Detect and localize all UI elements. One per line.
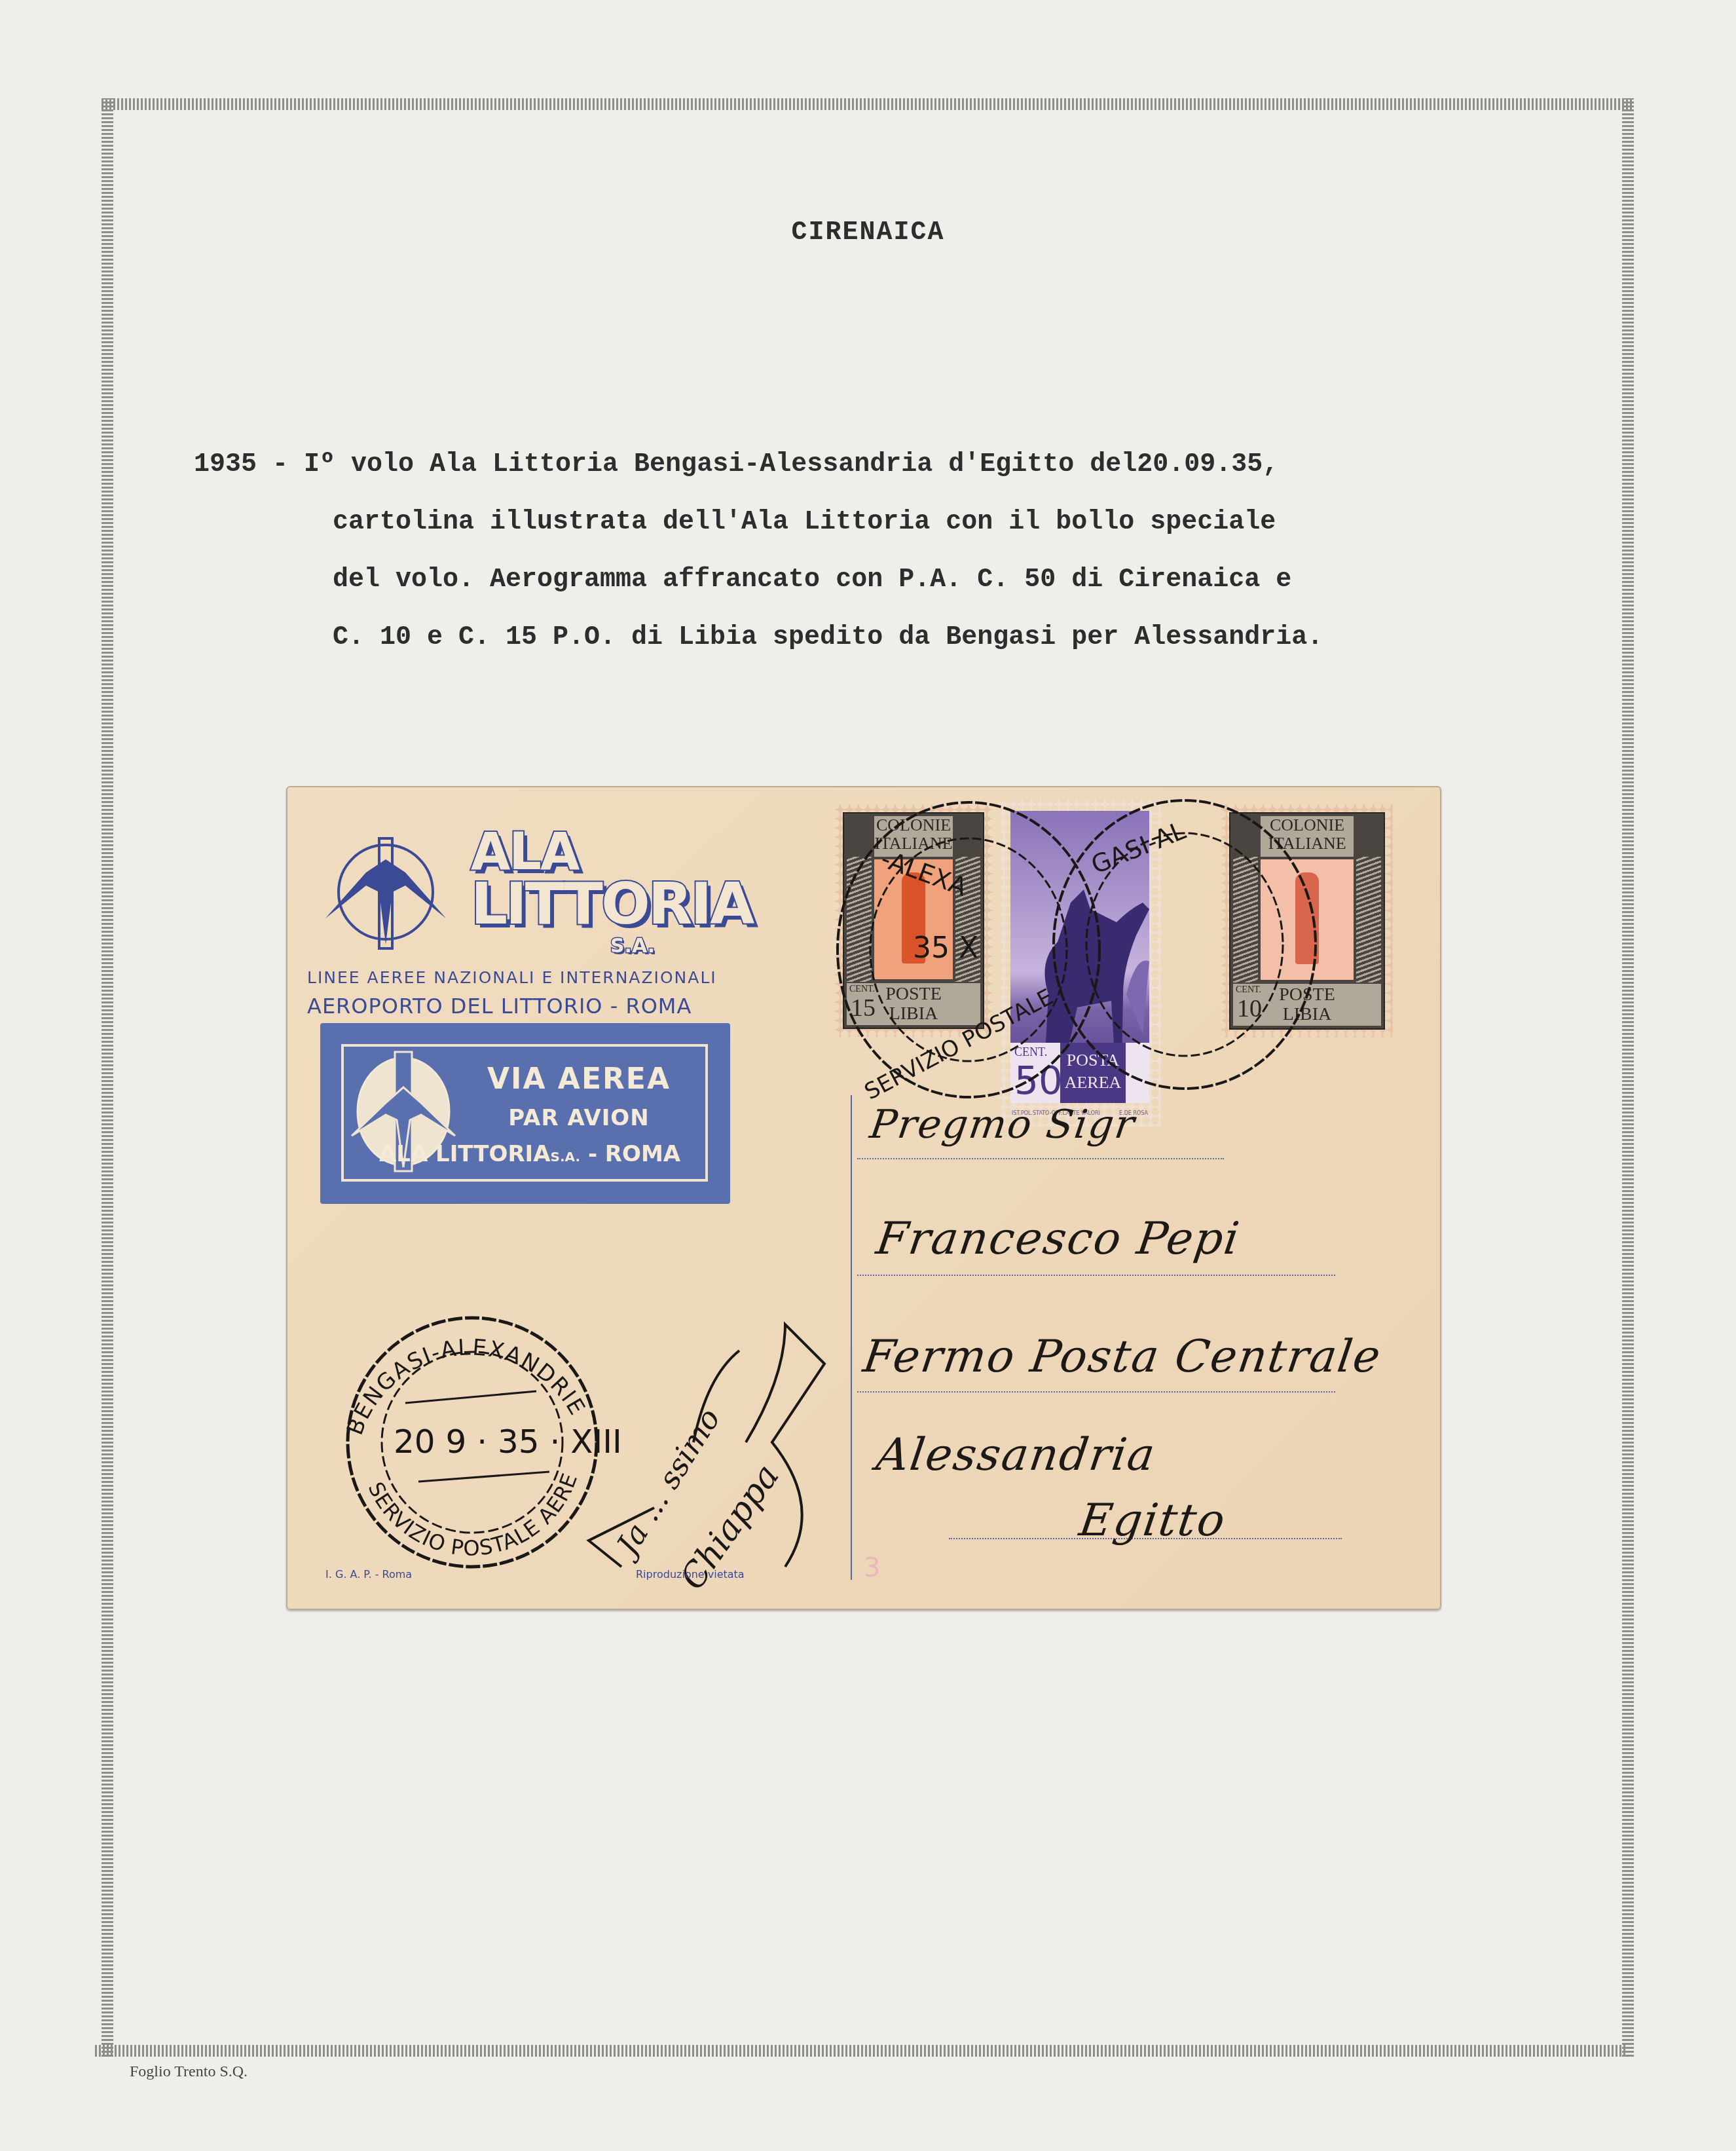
stamp-libia-15: COLONIE ITALIANE CENT. 15 POSTE LIBIA xyxy=(835,804,992,1037)
description-line: cartolina illustrata dell'Ala Littoria c… xyxy=(194,503,1569,561)
address-divider xyxy=(851,1095,852,1580)
flight-cancel-date: 20 9 · 35 · XIII xyxy=(394,1423,622,1461)
stamp-cirenaica-50: CIRENAICA CENT. 50 POSTA AEREA IST.POL.S… xyxy=(999,799,1161,1127)
address-rule xyxy=(857,1158,1224,1159)
brand-address: AEROPORTO DEL LITTORIO - ROMA xyxy=(307,994,692,1019)
airmail-label-via-aerea: VIA AEREA xyxy=(461,1062,697,1096)
goddess-figure-icon xyxy=(902,872,925,963)
camel-rider-icon xyxy=(1025,863,1156,1073)
postcard: ALA LITTORIA S.A. LINEE AEREE NAZIONALI … xyxy=(286,786,1441,1610)
address-country: Egitto xyxy=(1076,1495,1229,1546)
page-title: CIRENAICA xyxy=(0,218,1736,248)
stamp-value: 10 xyxy=(1237,994,1262,1023)
flight-cancel-ring xyxy=(348,1318,597,1567)
description-line: C. 10 e C. 15 P.O. di Libia spedito da B… xyxy=(194,618,1569,676)
page-border-top xyxy=(102,98,1634,110)
address-city: Alessandria xyxy=(873,1429,1159,1481)
page-border-left xyxy=(102,98,113,2057)
description-line: del volo. Aerogramma affrancato con P.A.… xyxy=(194,561,1569,618)
flight-cancel-top-text: BENGASI-ALEXANDRIE xyxy=(342,1334,591,1438)
stamp-libia-10: COLONIE ITALIANE CENT. 10 POSTE LIBIA xyxy=(1221,804,1393,1038)
airmail-label-par-avion: PAR AVION xyxy=(461,1105,697,1131)
stamp-value: 15 xyxy=(851,994,876,1022)
svg-text:BENGASI-ALEXANDRIE: BENGASI-ALEXANDRIE xyxy=(342,1334,591,1438)
goddess-figure-icon xyxy=(1295,872,1319,964)
printer-credit: I. G. A. P. - Roma xyxy=(325,1568,412,1581)
reproduction-notice: Riproduzione vietata xyxy=(636,1568,745,1581)
address-salutation: Pregmo Sigr xyxy=(867,1102,1138,1148)
description: 1935 - Iº volo Ala Littoria Bengasi-Ales… xyxy=(194,445,1569,676)
page-border-right xyxy=(1622,98,1634,2057)
brand-name: ALA LITTORIA xyxy=(471,828,752,931)
address-rule xyxy=(857,1275,1335,1276)
description-line: 1935 - Iº volo Ala Littoria Bengasi-Ales… xyxy=(194,445,1569,503)
signature-greeting: Ja ... ssimo xyxy=(607,1402,728,1565)
address-name: Francesco Pepi xyxy=(873,1213,1243,1265)
stamp-value: 50 xyxy=(1014,1058,1063,1103)
brand-tagline: LINEE AEREE NAZIONALI E INTERNAZIONALI xyxy=(307,968,717,987)
address-rule xyxy=(857,1391,1335,1393)
pencil-mark: 3 xyxy=(864,1553,880,1583)
page-border-bottom xyxy=(95,2045,1627,2057)
airmail-label-issuer: ALA LITTORIAS.A. - ROMA xyxy=(353,1141,707,1167)
swallow-fasces-emblem-icon xyxy=(320,833,451,951)
address-line: Fermo Posta Centrale xyxy=(860,1331,1384,1383)
album-page-footer: Foglio Trento S.Q. xyxy=(130,2063,248,2081)
brand-suffix: S.A. xyxy=(610,935,655,958)
